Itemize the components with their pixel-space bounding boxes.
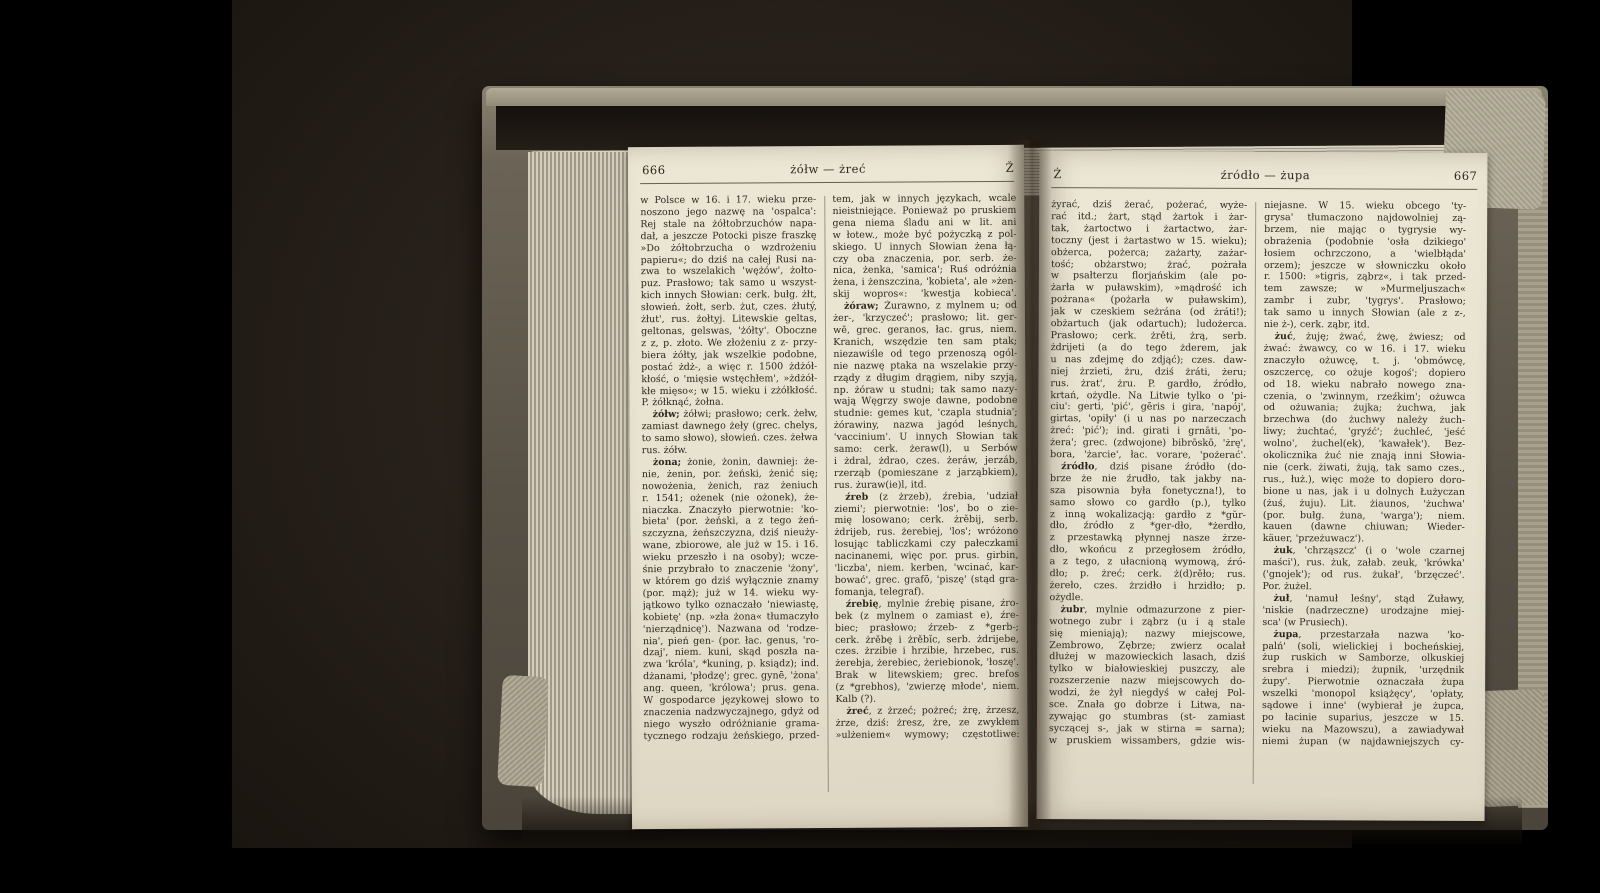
right-column-divider (1253, 202, 1257, 784)
photo-backdrop: 666 żółw — żreć Ž w Polsce w 16. i 17. w… (232, 0, 1352, 848)
left-header-rule (640, 181, 1014, 184)
cover-top-cloth-edge (486, 88, 1542, 106)
right-page-header: Ż źródło — żupa 667 (1053, 167, 1477, 185)
right-page-number: 667 (1454, 169, 1478, 183)
screenshot-canvas: 666 żółw — żreć Ž w Polsce w 16. i 17. w… (0, 0, 1600, 893)
left-column-1: w Polsce w 16. i 17. wieku prze-noszono … (640, 194, 820, 815)
right-page: Ż źródło — żupa 667 żyrać, dziś żerać, p… (1037, 151, 1488, 821)
book-gutter-shadow (1008, 140, 1052, 830)
left-column-2: tem, jak w innych językach, wcalenieistn… (832, 193, 1020, 814)
cloth-corner-bottom-right (1478, 689, 1548, 807)
left-page-header: 666 żółw — żreć Ž (642, 161, 1014, 179)
left-column-divider (824, 196, 828, 792)
cloth-corner-bottom-left (497, 675, 549, 787)
left-page: 666 żółw — żreć Ž w Polsce w 16. i 17. w… (628, 145, 1028, 829)
left-running-head: żółw — żreć (642, 161, 1014, 177)
right-column-2: niejasne. W 15. wieku obcego 'ty-grysa' … (1262, 200, 1467, 807)
right-running-head: źródło — żupa (1053, 167, 1477, 183)
right-page-columns: żyrać, dziś żerać, pożerać, wyże-rać itd… (1049, 199, 1480, 807)
right-header-rule (1051, 187, 1477, 190)
right-column-1: żyrać, dziś żerać, pożerać, wyże-rać itd… (1049, 199, 1248, 806)
left-page-columns: w Polsce w 16. i 17. wieku prze-noszono … (640, 193, 1020, 815)
